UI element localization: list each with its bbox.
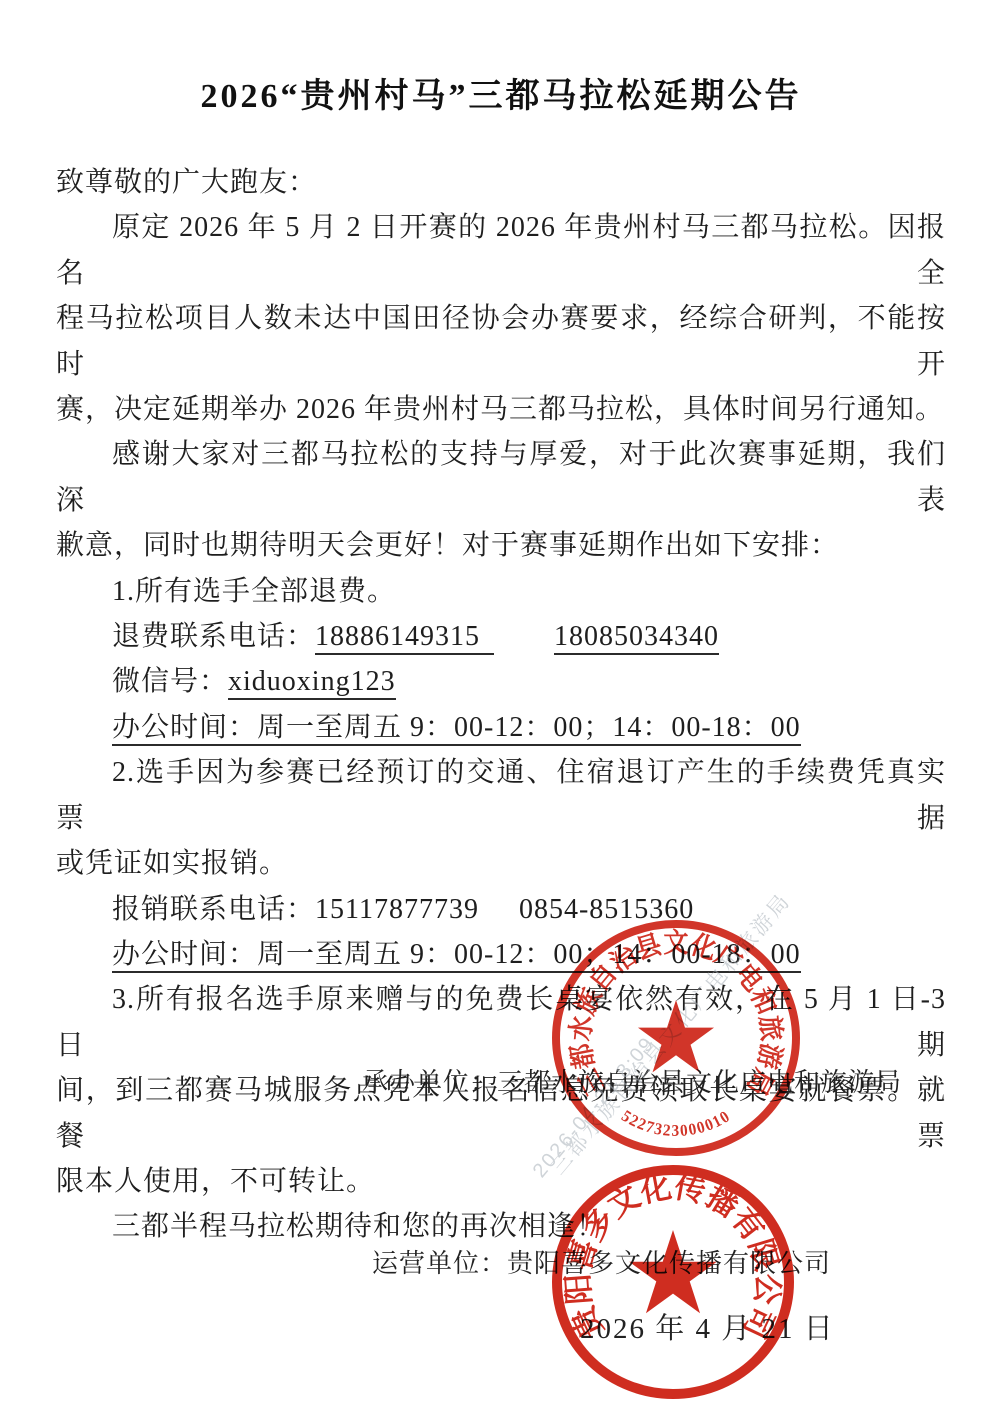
company-seal-star-icon: [629, 1230, 717, 1313]
page-title: 2026“贵州村马”三都马拉松延期公告: [0, 68, 1002, 117]
wechat-id: xiduoxing123: [228, 666, 396, 700]
company-seal-stamp: 贵阳喜多文化传播有限公司: [548, 1160, 798, 1404]
reimburse-phone-1: 15117877739: [315, 894, 479, 925]
operator-label: 运营单位：: [372, 1249, 507, 1278]
official-seal-code: 5227323000010: [618, 1106, 734, 1140]
paragraph-1-line: 程马拉松项目人数未达中国田径协会办赛要求，经综合研判，不能按时开: [56, 296, 946, 387]
organizer-label: 承办单位：: [362, 1068, 497, 1097]
paragraph-1-line: 赛，决定延期举办 2026 年贵州村马三都马拉松，具体时间另行通知。: [56, 387, 946, 432]
office-hours-line-2: 办公时间：周一至周五 9：00-12：00；14：00-18：00: [56, 932, 946, 977]
refund-phone-2: 18085034340: [554, 621, 719, 655]
paragraph-2-line: 歉意，同时也期待明天会更好！对于赛事延期作出如下安排：: [56, 523, 946, 568]
refund-phone-1: 18886149315: [315, 621, 494, 655]
reimburse-phone-line: 报销联系电话：151178777390854-8515360: [56, 887, 946, 932]
paragraph-1-line: 原定 2026 年 5 月 2 日开赛的 2026 年贵州村马三都马拉松。因报名…: [56, 205, 946, 296]
item-3-line: 3.所有报名选手原来赠与的免费长桌宴依然有效，在 5 月 1 日-3 日期: [56, 977, 946, 1068]
paragraph-2-line: 感谢大家对三都马拉松的支持与厚爱，对于此次赛事延期，我们深表: [56, 432, 946, 523]
item-2-line: 2.选手因为参赛已经预订的交通、住宿退订产生的手续费凭真实票据: [56, 750, 946, 841]
item-1-heading: 1.所有选手全部退费。: [56, 569, 946, 614]
office-hours-line-1: 办公时间：周一至周五 9：00-12：00；14：00-18：00: [56, 705, 946, 750]
reimburse-phone-label: 报销联系电话：: [112, 894, 315, 925]
refund-phone-label: 退费联系电话：: [112, 621, 315, 652]
refund-phone-line: 退费联系电话：1888614931518085034340: [56, 614, 946, 659]
item-2-line: 或凭证如实报销。: [56, 841, 946, 886]
salutation: 致尊敬的广大跑友：: [56, 160, 946, 205]
official-seal-stamp: 三都水族自治县文化广电和旅游局 5227323000010: [546, 915, 806, 1161]
office-hours-text: 办公时间：周一至周五 9：00-12：00；14：00-18：00: [112, 712, 801, 746]
item-3-line: 限本人使用，不可转让。: [56, 1159, 946, 1204]
svg-text:5227323000010: 5227323000010: [618, 1106, 734, 1140]
wechat-line: 微信号：xiduoxing123: [56, 659, 946, 704]
wechat-label: 微信号：: [112, 666, 228, 697]
announcement-page: 2026“贵州村马”三都马拉松延期公告 致尊敬的广大跑友： 原定 2026 年 …: [0, 0, 1002, 1415]
official-seal-star-icon: [638, 1000, 714, 1072]
